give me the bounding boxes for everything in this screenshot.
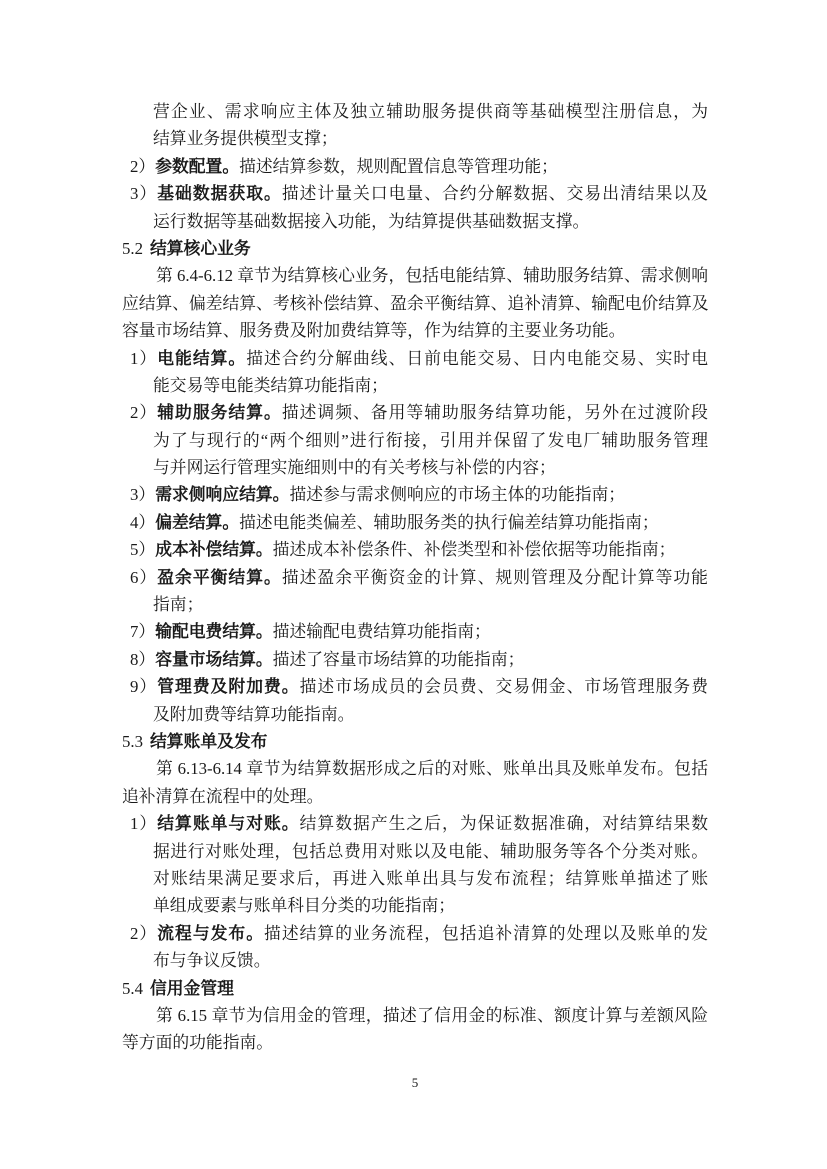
text-line: 4）偏差结算。描述电能类偏差、辅助服务类的执行偏差结算功能指南； (122, 509, 708, 536)
item-label: 基础数据获取。 (157, 184, 282, 203)
page-number: 5 (412, 1075, 419, 1090)
text-line: 3）基础数据获取。描述计量关口电量、合约分解数据、交易出清结果以及 (122, 180, 708, 207)
text-line: 5）成本补偿结算。描述成本补偿条件、补偿类型和补偿依据等功能指南； (122, 536, 708, 563)
line-text: 为了与现行的“两个细则”进行衔接，引用并保留了发电厂辅助服务管理 (153, 431, 708, 450)
text-line: 3）需求侧响应结算。描述参与需求侧响应的市场主体的功能指南； (122, 481, 708, 508)
line-text: 应结算、偏差结算、考核补偿结算、盈余平衡结算、追补清算、输配电价结算及 (122, 294, 708, 313)
line-text: 描述盈余平衡资金的计算、规则管理及分配计算等功能 (282, 568, 708, 587)
text-line: 等方面的功能指南。 (122, 1029, 708, 1056)
text-line: 与并网运行管理实施细则中的有关考核与补偿的内容； (122, 454, 708, 481)
item-label: 参数配置。 (155, 157, 239, 176)
item-marker: 4） (130, 513, 155, 532)
text-line: 6）盈余平衡结算。描述盈余平衡资金的计算、规则管理及分配计算等功能 (122, 564, 708, 591)
section-number: 5.2 (122, 239, 143, 258)
text-line: 能交易等电能类结算功能指南； (122, 372, 708, 399)
line-text: 等方面的功能指南。 (122, 1033, 273, 1052)
text-line: 为了与现行的“两个细则”进行衔接，引用并保留了发电厂辅助服务管理 (122, 427, 708, 454)
text-line: 单组成要素与账单科目分类的功能指南； (122, 892, 708, 919)
text-line: 8）容量市场结算。描述了容量市场结算的功能指南； (122, 646, 708, 673)
section-heading: 5.2结算核心业务 (122, 235, 708, 262)
item-label: 流程与发布。 (157, 924, 264, 943)
line-text: 运行数据等基础数据接入功能，为结算提供基础数据支撑。 (153, 212, 589, 231)
text-line: 指南； (122, 591, 708, 618)
text-line: 应结算、偏差结算、考核补偿结算、盈余平衡结算、追补清算、输配电价结算及 (122, 290, 708, 317)
text-line: 据进行对账处理，包括总费用对账以及电能、辅助服务等各个分类对账。 (122, 838, 708, 865)
line-text: 第 6.4-6.12 章节为结算核心业务，包括电能结算、辅助服务结算、需求侧响 (156, 266, 708, 285)
section-title: 结算账单及发布 (150, 732, 267, 751)
item-marker: 9） (130, 677, 157, 696)
line-text: 追补清算在流程中的处理。 (122, 787, 323, 806)
text-line: 1）结算账单与对账。结算数据产生之后，为保证数据准确，对结算结果数 (122, 810, 708, 837)
text-line: 2）流程与发布。描述结算的业务流程，包括追补清算的处理以及账单的发 (122, 920, 708, 947)
text-line: 营企业、需求响应主体及独立辅助服务提供商等基础模型注册信息，为 (122, 98, 708, 125)
section-number: 5.4 (122, 979, 143, 998)
line-text: 营企业、需求响应主体及独立辅助服务提供商等基础模型注册信息，为 (153, 102, 708, 121)
item-label: 需求侧响应结算。 (155, 485, 289, 504)
line-text: 及附加费等结算功能指南。 (153, 705, 354, 724)
line-text: 结算业务提供模型支撑； (153, 129, 338, 148)
item-marker: 5） (130, 540, 155, 559)
section-title: 结算核心业务 (150, 239, 251, 258)
line-text: 描述结算的业务流程，包括追补清算的处理以及账单的发 (264, 924, 708, 943)
item-label: 容量市场结算。 (155, 650, 272, 669)
line-text: 布与争议反馈。 (153, 951, 270, 970)
item-label: 管理费及附加费。 (157, 677, 299, 696)
text-line: 7）输配电费结算。描述输配电费结算功能指南； (122, 618, 708, 645)
item-marker: 6） (130, 568, 157, 587)
text-line: 第 6.4-6.12 章节为结算核心业务，包括电能结算、辅助服务结算、需求侧响 (122, 262, 708, 289)
line-text: 描述电能类偏差、辅助服务类的执行偏差结算功能指南； (239, 513, 659, 532)
line-text: 容量市场结算、服务费及附加费结算等，作为结算的主要业务功能。 (122, 321, 625, 340)
line-text: 对账结果满足要求后，再进入账单出具与发布流程；结算账单描述了账 (153, 869, 708, 888)
text-line: 容量市场结算、服务费及附加费结算等，作为结算的主要业务功能。 (122, 317, 708, 344)
text-line: 1）电能结算。描述合约分解曲线、日前电能交易、日内电能交易、实时电 (122, 345, 708, 372)
line-text: 单组成要素与账单科目分类的功能指南； (153, 896, 455, 915)
document-page: 营企业、需求响应主体及独立辅助服务提供商等基础模型注册信息，为结算业务提供模型支… (0, 0, 827, 1169)
item-marker: 8） (130, 650, 155, 669)
item-marker: 7） (130, 622, 155, 641)
line-text: 描述了容量市场结算的功能指南； (273, 650, 525, 669)
text-line: 及附加费等结算功能指南。 (122, 701, 708, 728)
section-title: 信用金管理 (150, 979, 234, 998)
item-marker: 3） (130, 184, 157, 203)
line-text: 指南； (153, 595, 203, 614)
text-line: 9）管理费及附加费。描述市场成员的会员费、交易佣金、市场管理服务费 (122, 673, 708, 700)
text-line: 追补清算在流程中的处理。 (122, 783, 708, 810)
section-number: 5.3 (122, 732, 143, 751)
line-text: 描述成本补偿条件、补偿类型和补偿依据等功能指南； (273, 540, 676, 559)
item-marker: 2） (130, 403, 157, 422)
item-marker: 2） (130, 157, 155, 176)
line-text: 描述计量关口电量、合约分解数据、交易出清结果以及 (282, 184, 708, 203)
text-line: 第 6.13-6.14 章节为结算数据形成之后的对账、账单出具及账单发布。包括 (122, 755, 708, 782)
text-line: 第 6.15 章节为信用金的管理，描述了信用金的标准、额度计算与差额风险 (122, 1002, 708, 1029)
item-label: 偏差结算。 (155, 513, 239, 532)
line-text: 结算数据产生之后，为保证数据准确，对结算结果数 (300, 814, 708, 833)
item-label: 成本补偿结算。 (155, 540, 272, 559)
item-label: 结算账单与对账。 (157, 814, 299, 833)
item-label: 输配电费结算。 (155, 622, 272, 641)
line-text: 第 6.13-6.14 章节为结算数据形成之后的对账、账单出具及账单发布。包括 (156, 759, 708, 778)
text-line: 2）参数配置。描述结算参数，规则配置信息等管理功能； (122, 153, 708, 180)
item-label: 电能结算。 (157, 349, 246, 368)
item-marker: 2） (130, 924, 157, 943)
item-marker: 3） (130, 485, 155, 504)
text-line: 2）辅助服务结算。描述调频、备用等辅助服务结算功能，另外在过渡阶段 (122, 399, 708, 426)
section-heading: 5.3结算账单及发布 (122, 728, 708, 755)
line-text: 描述输配电费结算功能指南； (273, 622, 491, 641)
text-line: 结算业务提供模型支撑； (122, 125, 708, 152)
page-footer: 5 (122, 1074, 708, 1092)
text-line: 布与争议反馈。 (122, 947, 708, 974)
item-marker: 1） (130, 814, 157, 833)
section-heading: 5.4信用金管理 (122, 975, 708, 1002)
text-line: 对账结果满足要求后，再进入账单出具与发布流程；结算账单描述了账 (122, 865, 708, 892)
line-text: 第 6.15 章节为信用金的管理，描述了信用金的标准、额度计算与差额风险 (156, 1006, 708, 1025)
text-block: 营企业、需求响应主体及独立辅助服务提供商等基础模型注册信息，为结算业务提供模型支… (122, 98, 708, 1057)
line-text: 描述合约分解曲线、日前电能交易、日内电能交易、实时电 (246, 349, 708, 368)
text-line: 运行数据等基础数据接入功能，为结算提供基础数据支撑。 (122, 208, 708, 235)
line-text: 与并网运行管理实施细则中的有关考核与补偿的内容； (153, 458, 556, 477)
item-label: 辅助服务结算。 (157, 403, 282, 422)
line-text: 描述参与需求侧响应的市场主体的功能指南； (289, 485, 625, 504)
item-label: 盈余平衡结算。 (157, 568, 282, 587)
line-text: 描述市场成员的会员费、交易佣金、市场管理服务费 (300, 677, 708, 696)
line-text: 描述调频、备用等辅助服务结算功能，另外在过渡阶段 (282, 403, 708, 422)
line-text: 据进行对账处理，包括总费用对账以及电能、辅助服务等各个分类对账。 (153, 842, 708, 861)
line-text: 描述结算参数，规则配置信息等管理功能； (239, 157, 558, 176)
line-text: 能交易等电能类结算功能指南； (153, 376, 388, 395)
item-marker: 1） (130, 349, 157, 368)
